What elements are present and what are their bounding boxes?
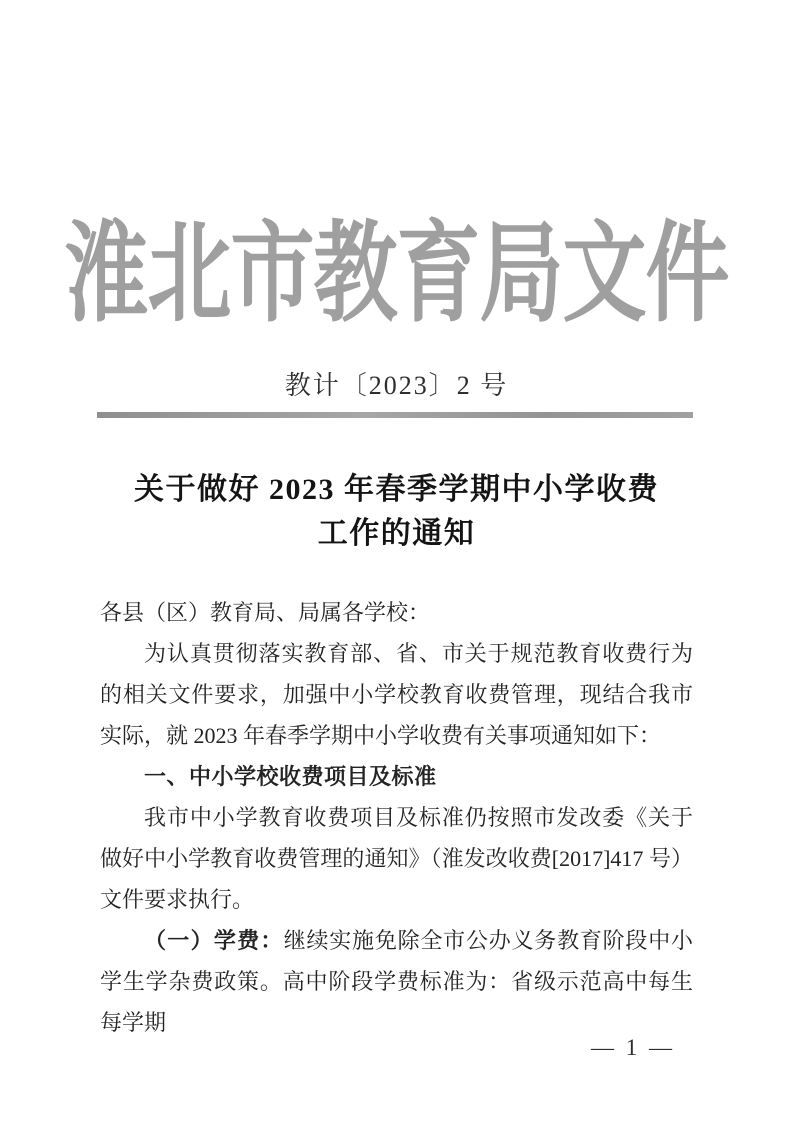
document-title-line2: 工作的通知 <box>318 517 476 550</box>
salutation-line: 各县（区）教育局、局属各学校： <box>100 592 693 633</box>
document-title: 关于做好 2023 年春季学期中小学收费 工作的通知 <box>0 468 793 556</box>
page-number: — 1 — <box>553 1035 713 1061</box>
tuition-paragraph: （一）学费：继续实施免除全市公办义务教育阶段中小学生学杂费政策。高中阶段学费标准… <box>100 920 693 1043</box>
section-1-heading: 一、中小学校收费项目及标准 <box>100 756 693 797</box>
scanned-document-page: 淮北市教育局文件 教计〔2023〕2 号 关于做好 2023 年春季学期中小学收… <box>0 0 793 1121</box>
document-body: 各县（区）教育局、局属各学校： 为认真贯彻落实教育部、省、市关于规范教育收费行为… <box>100 592 693 1043</box>
document-title-line1: 关于做好 2023 年春季学期中小学收费 <box>134 473 659 506</box>
tuition-paragraph-lead: （一）学费： <box>144 928 284 953</box>
letterhead-agency-title: 淮北市教育局文件 <box>0 186 793 343</box>
intro-paragraph: 为认真贯彻落实教育部、省、市关于规范教育收费行为的相关文件要求，加强中小学校教育… <box>100 633 693 756</box>
letterhead-divider-rule <box>97 412 693 418</box>
section-1-paragraph: 我市中小学教育收费项目及标准仍按照市发改委《关于做好中小学教育收费管理的通知》（… <box>100 797 693 920</box>
document-number: 教计〔2023〕2 号 <box>0 365 793 402</box>
